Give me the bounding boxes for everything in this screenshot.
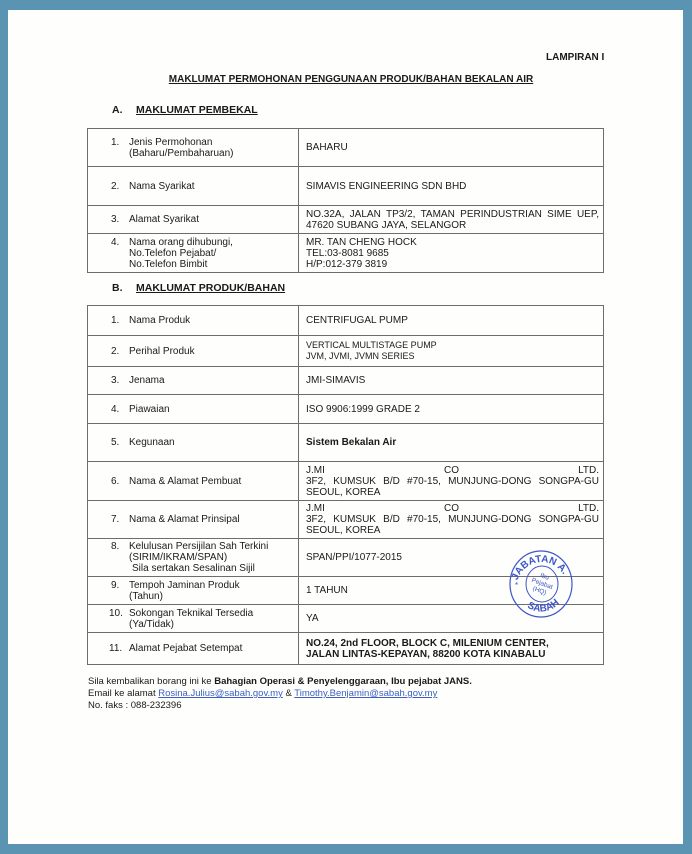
field-label-line: Tempoh Jaminan Produk (129, 580, 240, 591)
field-value-line: MR. TAN CHENG HOCK (306, 237, 599, 248)
email-link-timothy[interactable]: Timothy.Benjamin@sabah.gov.my (294, 688, 437, 699)
field-label: Nama orang dihubungi,No.Telefon Pejabat/… (129, 237, 233, 270)
section-a-title: MAKLUMAT PEMBEKAL (136, 104, 258, 116)
field-value-cell: JMI-SIMAVIS (299, 367, 604, 395)
annex-label: LAMPIRAN I (546, 52, 604, 63)
field-value-cell: NO.24, 2nd FLOOR, BLOCK C, MILENIUM CENT… (299, 633, 604, 665)
field-label-line: (Ya/Tidak) (129, 619, 253, 630)
field-label-line: Piawaian (129, 404, 170, 415)
field-value-line: 3F2, KUMSUK B/D #70-15, MUNJUNG-DONG SON… (306, 476, 599, 487)
email-link-rosina[interactable]: Rosina.Julius@sabah.gov.my (158, 688, 283, 699)
field-value-line: J.MI CO LTD. (306, 503, 599, 514)
field-value-line: 3F2, KUMSUK B/D #70-15, MUNJUNG-DONG SON… (306, 514, 599, 525)
field-label: Alamat Syarikat (129, 214, 199, 225)
field-label-cell: 3.Alamat Syarikat (88, 206, 299, 234)
table-row: 2.Perihal ProdukVERTICAL MULTISTAGE PUMP… (88, 336, 604, 367)
field-value-line: H/P:012-379 3819 (306, 259, 599, 270)
field-label-line: Sila sertakan Sesalinan Sijil (129, 563, 268, 574)
department-stamp-icon: JABATAN A. SABAH * IbuPejabat(HQ) (508, 548, 574, 620)
field-value-line: BAHARU (306, 142, 599, 153)
field-value-line: VERTICAL MULTISTAGE PUMP (306, 340, 599, 351)
table-row: 4.Nama orang dihubungi,No.Telefon Pejaba… (88, 234, 604, 273)
field-value-line: SEOUL, KOREA (306, 525, 599, 536)
field-label-cell: 3.Jenama (88, 367, 299, 395)
row-number: 10. (109, 608, 129, 630)
field-label-cell: 10.Sokongan Teknikal Tersedia(Ya/Tidak) (88, 605, 299, 633)
svg-text:*: * (515, 581, 518, 590)
field-value-line: CENTRIFUGAL PUMP (306, 315, 599, 326)
fax-line: No. faks : 088-232396 (88, 700, 472, 712)
section-b-letter: B. (112, 282, 136, 294)
table-row: 11.Alamat Pejabat SetempatNO.24, 2nd FLO… (88, 633, 604, 665)
field-label-line: (Baharu/Pembaharuan) (129, 148, 234, 159)
field-label-cell: 2.Perihal Produk (88, 336, 299, 367)
field-label-line: Perihal Produk (129, 346, 195, 357)
field-label: Tempoh Jaminan Produk(Tahun) (129, 580, 240, 602)
field-label-cell: 9.Tempoh Jaminan Produk(Tahun) (88, 577, 299, 605)
section-b-title: MAKLUMAT PRODUK/BAHAN (136, 282, 285, 294)
field-label-line: Nama & Alamat Pembuat (129, 476, 241, 487)
row-number: 4. (111, 404, 129, 415)
field-value-line: JVM, JVMI, JVMN SERIES (306, 351, 599, 362)
field-label-line: Jenis Permohonan (129, 137, 234, 148)
field-value-line: JALAN LINTAS-KEPAYAN, 88200 KOTA KINABAL… (306, 649, 599, 660)
field-label-line: Nama orang dihubungi, (129, 237, 233, 248)
email-line: Email ke alamat Rosina.Julius@sabah.gov.… (88, 688, 472, 700)
field-value-line: SEOUL, KOREA (306, 487, 599, 498)
field-value-line: NO.32A, JALAN TP3/2, TAMAN PERINDUSTRIAN… (306, 209, 599, 220)
table-row: 1.Jenis Permohonan(Baharu/Pembaharuan)BA… (88, 129, 604, 167)
supplier-table: 1.Jenis Permohonan(Baharu/Pembaharuan)BA… (87, 128, 604, 273)
field-label: Nama Syarikat (129, 181, 195, 192)
field-label-cell: 2.Nama Syarikat (88, 167, 299, 206)
field-label: Sokongan Teknikal Tersedia(Ya/Tidak) (129, 608, 253, 630)
field-label: Jenis Permohonan(Baharu/Pembaharuan) (129, 137, 234, 159)
field-value-cell: NO.32A, JALAN TP3/2, TAMAN PERINDUSTRIAN… (299, 206, 604, 234)
field-label-line: Nama & Alamat Prinsipal (129, 514, 240, 525)
field-label-line: Kelulusan Persijilan Sah Terkini (129, 541, 268, 552)
field-label-line: Alamat Syarikat (129, 214, 199, 225)
row-number: 3. (111, 214, 129, 225)
field-value-cell: ISO 9906:1999 GRADE 2 (299, 395, 604, 424)
field-label-line: (SIRIM/IKRAM/SPAN) (129, 552, 268, 563)
field-label-line: Alamat Pejabat Setempat (129, 643, 242, 654)
field-label: Alamat Pejabat Setempat (129, 643, 242, 654)
field-label: Nama Produk (129, 315, 190, 326)
email-prefix: Email ke alamat (88, 688, 158, 699)
row-number: 3. (111, 375, 129, 386)
row-number: 2. (111, 181, 129, 192)
field-label-cell: 7.Nama & Alamat Prinsipal (88, 501, 299, 539)
field-label-line: No.Telefon Bimbit (129, 259, 233, 270)
field-label: Jenama (129, 375, 165, 386)
row-number: 11. (109, 643, 129, 654)
field-value-line: 47620 SUBANG JAYA, SELANGOR (306, 220, 599, 231)
table-row: 4.PiawaianISO 9906:1999 GRADE 2 (88, 395, 604, 424)
table-row: 6.Nama & Alamat PembuatJ.MI CO LTD.3F2, … (88, 462, 604, 501)
table-row: 5.KegunaanSistem Bekalan Air (88, 424, 604, 462)
field-label-line: (Tahun) (129, 591, 240, 602)
field-value-cell: CENTRIFUGAL PUMP (299, 306, 604, 336)
field-value-cell: Sistem Bekalan Air (299, 424, 604, 462)
field-label-line: Nama Syarikat (129, 181, 195, 192)
field-label-cell: 1.Nama Produk (88, 306, 299, 336)
field-value-line: NO.24, 2nd FLOOR, BLOCK C, MILENIUM CENT… (306, 638, 599, 649)
field-label-cell: 4.Piawaian (88, 395, 299, 424)
section-b-heading: B.MAKLUMAT PRODUK/BAHAN (112, 282, 285, 294)
table-row: 3.JenamaJMI-SIMAVIS (88, 367, 604, 395)
return-instructions: Sila kembalikan borang ini ke Bahagian O… (88, 676, 472, 712)
row-number: 7. (111, 514, 129, 525)
return-line: Sila kembalikan borang ini ke Bahagian O… (88, 676, 472, 688)
field-label-line: Sokongan Teknikal Tersedia (129, 608, 253, 619)
svg-text:SABAH: SABAH (525, 597, 561, 614)
field-value-line: ISO 9906:1999 GRADE 2 (306, 404, 599, 415)
field-label: Piawaian (129, 404, 170, 415)
table-row: 3.Alamat SyarikatNO.32A, JALAN TP3/2, TA… (88, 206, 604, 234)
section-a-heading: A.MAKLUMAT PEMBEKAL (112, 104, 258, 116)
field-label-cell: 4.Nama orang dihubungi,No.Telefon Pejaba… (88, 234, 299, 273)
field-value-cell: J.MI CO LTD.3F2, KUMSUK B/D #70-15, MUNJ… (299, 462, 604, 501)
table-row: 1.Nama ProdukCENTRIFUGAL PUMP (88, 306, 604, 336)
field-value-line: JMI-SIMAVIS (306, 375, 599, 386)
row-number: 9. (111, 580, 129, 602)
field-label-line: Kegunaan (129, 437, 175, 448)
field-label-cell: 11.Alamat Pejabat Setempat (88, 633, 299, 665)
field-value-line: J.MI CO LTD. (306, 465, 599, 476)
table-row: 7.Nama & Alamat PrinsipalJ.MI CO LTD.3F2… (88, 501, 604, 539)
page-title: MAKLUMAT PERMOHONAN PENGGUNAAN PRODUK/BA… (0, 74, 692, 85)
field-label: Kelulusan Persijilan Sah Terkini(SIRIM/I… (129, 541, 268, 574)
row-number: 8. (111, 541, 129, 574)
row-number: 2. (111, 346, 129, 357)
field-label: Perihal Produk (129, 346, 195, 357)
field-label-line: Jenama (129, 375, 165, 386)
field-value-line: Sistem Bekalan Air (306, 437, 599, 448)
field-label: Nama & Alamat Pembuat (129, 476, 241, 487)
row-number: 1. (111, 315, 129, 326)
row-number: 6. (111, 476, 129, 487)
field-label-cell: 6.Nama & Alamat Pembuat (88, 462, 299, 501)
field-value-cell: MR. TAN CHENG HOCKTEL:03-8081 9685H/P:01… (299, 234, 604, 273)
field-label-line: Nama Produk (129, 315, 190, 326)
field-value-cell: VERTICAL MULTISTAGE PUMPJVM, JVMI, JVMN … (299, 336, 604, 367)
field-label-cell: 8.Kelulusan Persijilan Sah Terkini(SIRIM… (88, 539, 299, 577)
field-value-cell: SIMAVIS ENGINEERING SDN BHD (299, 167, 604, 206)
return-department: Bahagian Operasi & Penyelenggaraan, Ibu … (214, 676, 472, 687)
field-label: Nama & Alamat Prinsipal (129, 514, 240, 525)
return-text: Sila kembalikan borang ini ke (88, 676, 214, 687)
field-value-line: TEL:03-8081 9685 (306, 248, 599, 259)
section-a-letter: A. (112, 104, 136, 116)
field-label: Kegunaan (129, 437, 175, 448)
table-row: 2.Nama SyarikatSIMAVIS ENGINEERING SDN B… (88, 167, 604, 206)
row-number: 1. (111, 137, 129, 159)
field-label-cell: 1.Jenis Permohonan(Baharu/Pembaharuan) (88, 129, 299, 167)
row-number: 5. (111, 437, 129, 448)
field-value-cell: BAHARU (299, 129, 604, 167)
field-value-cell: J.MI CO LTD.3F2, KUMSUK B/D #70-15, MUNJ… (299, 501, 604, 539)
field-value-line: SIMAVIS ENGINEERING SDN BHD (306, 181, 599, 192)
field-label-line: No.Telefon Pejabat/ (129, 248, 233, 259)
email-separator: & (283, 688, 294, 699)
field-label-cell: 5.Kegunaan (88, 424, 299, 462)
row-number: 4. (111, 237, 129, 270)
